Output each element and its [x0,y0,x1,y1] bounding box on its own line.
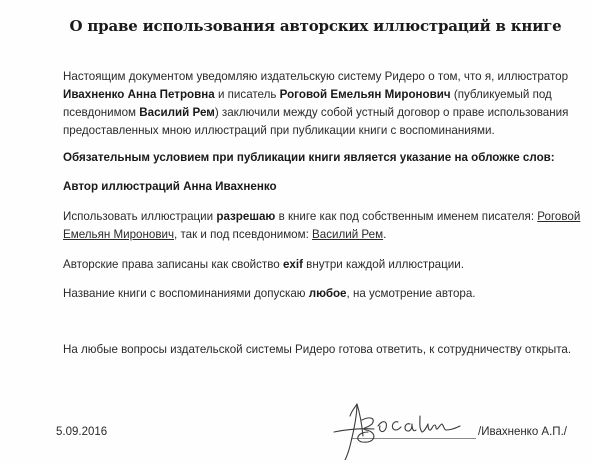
usage-pseudonym: Василий Рем [312,228,383,241]
intro-text: псевдонимом [63,106,139,119]
book-title-keyword: любое [309,287,347,300]
usage-writer-name: Емельян Миронович [63,228,174,241]
book-title-text: Название книги с воспоминаниями допускаю [63,287,309,300]
book-title-paragraph: Название книги с воспоминаниями допускаю… [63,285,583,303]
exif-text: Авторские права записаны как свойство [63,258,283,271]
book-title-text: , на усмотрение автора. [347,287,476,300]
usage-writer-name: Роговой [537,210,580,223]
handwritten-signature-icon [330,402,480,460]
usage-paragraph: Использовать иллюстрации разрешаю в книг… [63,208,583,244]
intro-line-1: Настоящим документом уведомляю издательс… [63,70,568,83]
writer-name: Роговой Емельян Миронович [280,88,451,101]
usage-permission: разрешаю [216,210,275,223]
intro-text: (публикуемый под [451,88,552,101]
usage-text: , так и под псевдонимом: [174,228,312,241]
document-date: 5.09.2016 [56,426,107,438]
illustrator-name: Ивахненко Анна Петровна [63,88,215,101]
contact-paragraph: На любые вопросы издательской системы Ри… [63,341,583,359]
exif-text: внутри каждой иллюстрации. [303,258,464,271]
usage-text: . [383,228,386,241]
intro-paragraph: Настоящим документом уведомляю издательс… [63,68,583,140]
cover-text-value: Автор иллюстраций Анна Ивахненко [63,180,277,193]
pseudonym: Василий Рем [139,106,215,119]
condition-heading: Обязательным условием при публикации кни… [63,149,583,167]
intro-text: и писатель [215,88,280,101]
document-page: О праве использования авторских иллюстра… [0,0,591,464]
signature-name: /Ивахненко А.П./ [478,426,567,438]
intro-text: предоставленных мною иллюстраций при пуб… [63,124,495,137]
exif-keyword: exif [283,258,303,271]
cover-text: Автор иллюстраций Анна Ивахненко [63,178,583,196]
usage-text: Использовать иллюстрации [63,210,216,223]
intro-text: ) заключили между собой устный договор о… [215,106,569,119]
document-title: О праве использования авторских иллюстра… [0,17,591,35]
usage-text: в книге как под собственным именем писат… [275,210,537,223]
exif-paragraph: Авторские права записаны как свойство ex… [63,256,583,274]
condition-heading-text: Обязательным условием при публикации кни… [63,151,555,164]
